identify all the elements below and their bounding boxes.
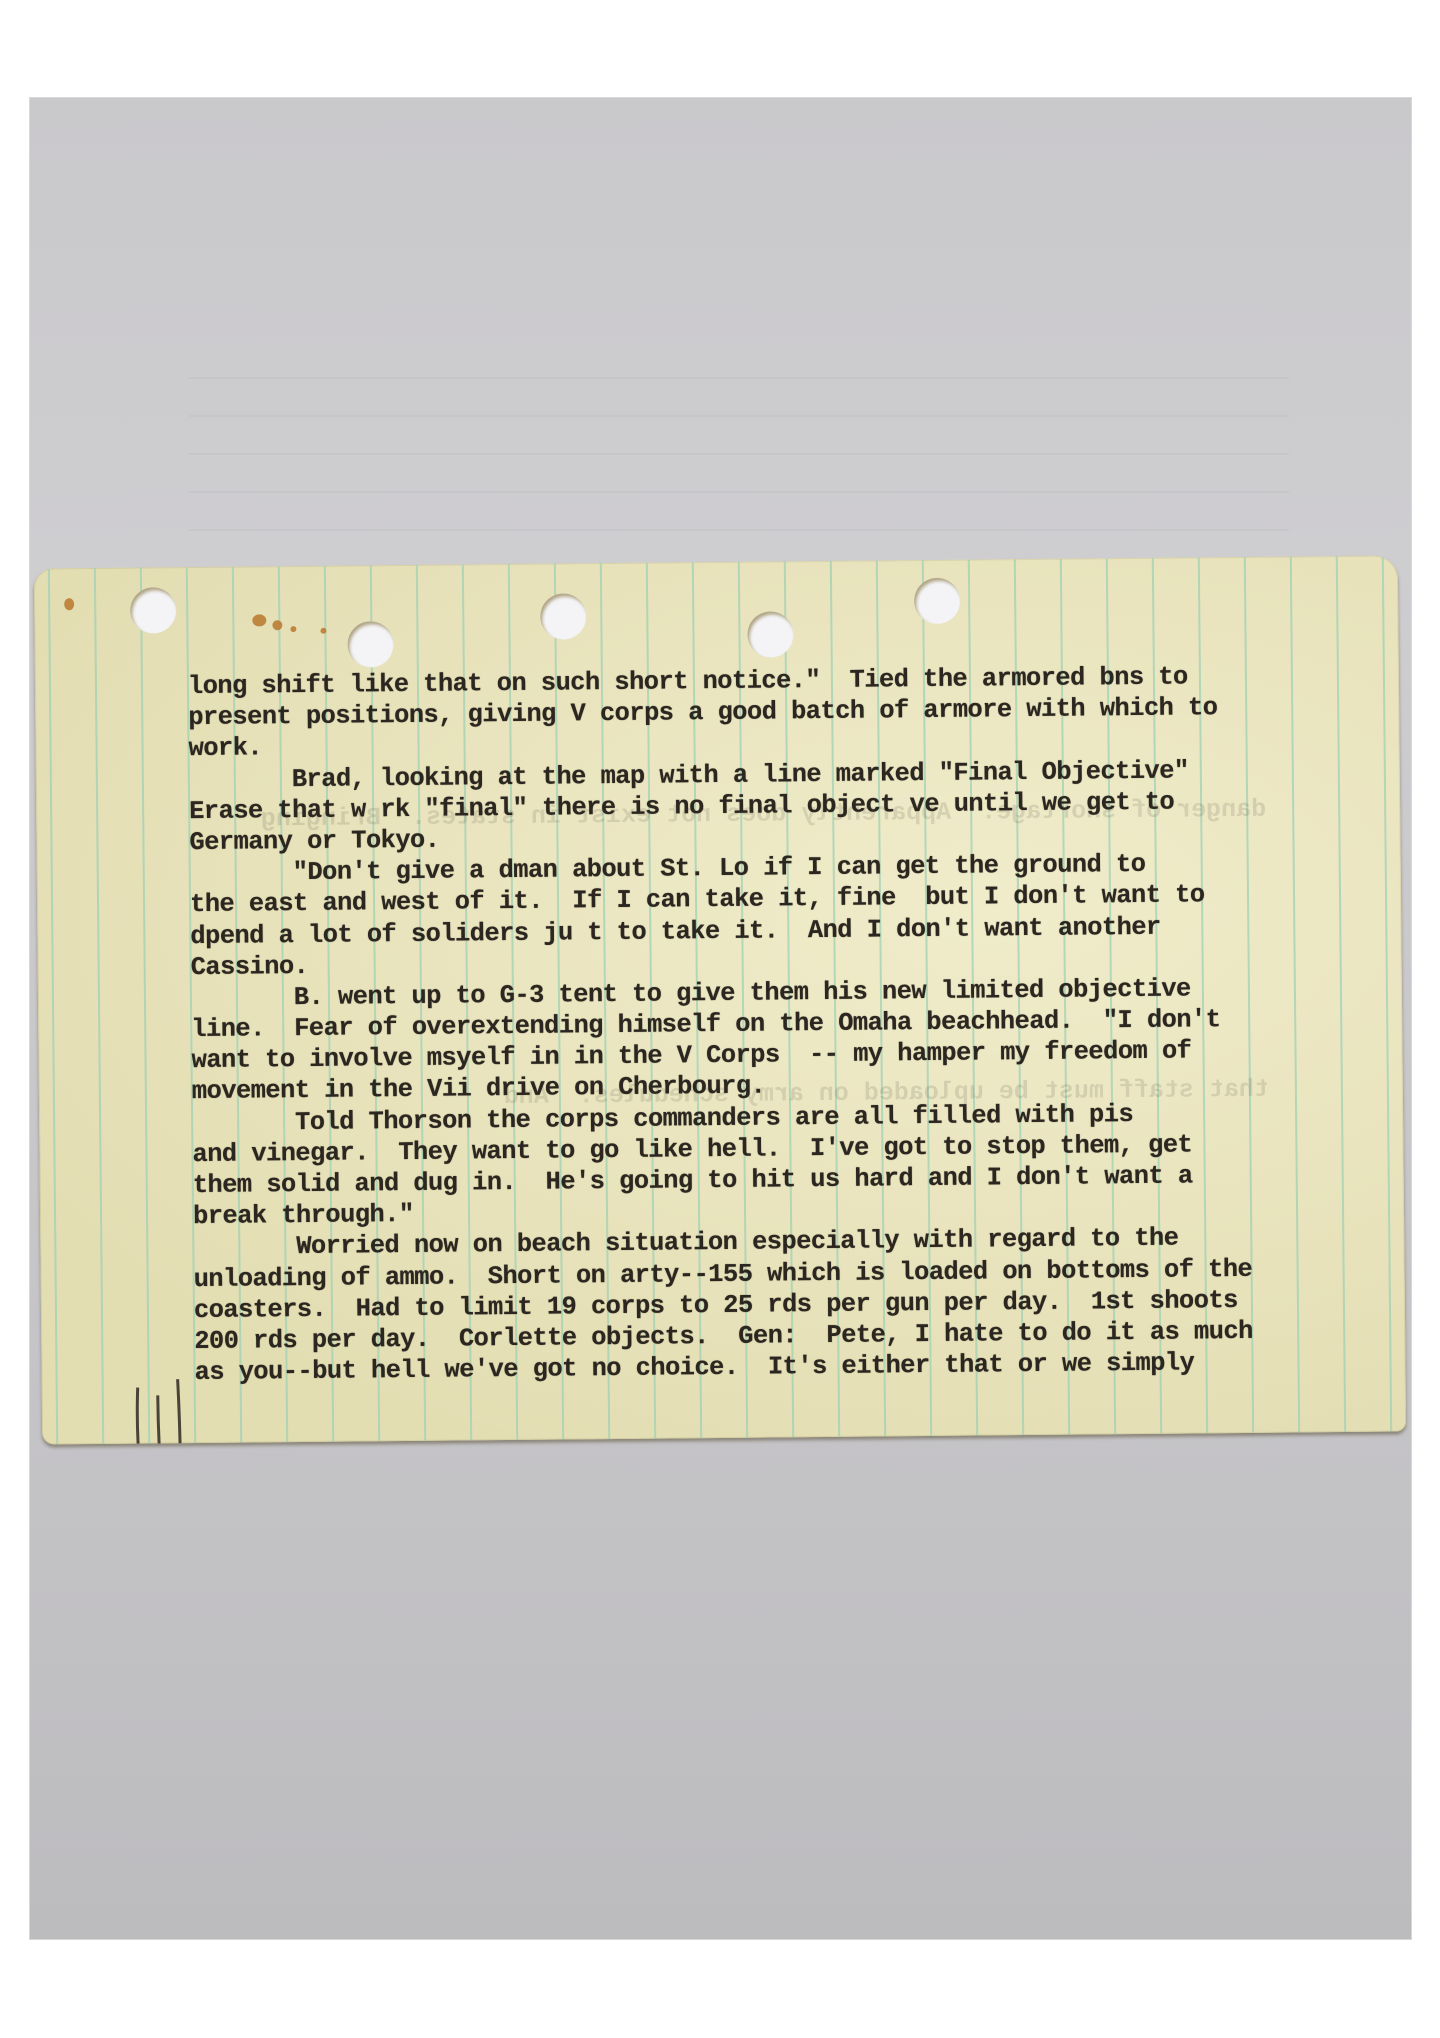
index-card: danger of shortage. Apparently does not …: [34, 555, 1406, 1444]
punch-hole: [540, 593, 586, 639]
rust-stain: [64, 598, 74, 610]
punch-hole: [130, 587, 176, 633]
handwritten-tally-mark: [130, 1377, 191, 1444]
punch-hole: [914, 578, 960, 624]
typewritten-text: long shift like that on such short notic…: [188, 660, 1395, 1389]
rust-stain: [252, 614, 266, 626]
rust-stain: [320, 628, 326, 634]
rust-stain: [272, 620, 282, 630]
punch-hole: [347, 621, 393, 667]
punch-hole: [747, 611, 793, 657]
rust-stain: [290, 626, 296, 632]
